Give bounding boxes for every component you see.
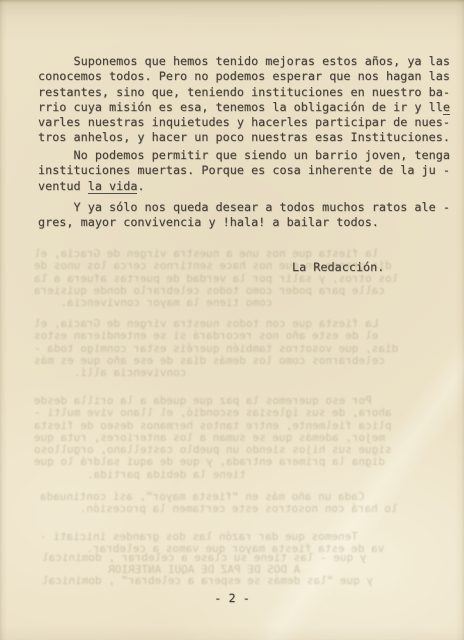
bleedthrough-block-c: Por eso queremos la paz que queda a la o… — [34, 395, 448, 481]
text-line: instituciones muertas. Porque es cosa in… — [38, 163, 450, 178]
document-page: la fiesta que nos une a nuestra virgen d… — [0, 0, 464, 640]
text-line: restantes, sino que, teniendo institucio… — [38, 85, 450, 100]
bleedthrough-block-e: Tenemos que dar razón las dos grandes in… — [40, 531, 444, 556]
text-line: conocemos todos. Pero no podemos esperar… — [38, 69, 450, 84]
paragraph-2: No podemos permitir que siendo un barrio… — [38, 148, 450, 194]
text-line: Suponemos que hemos tenido mejoras estos… — [38, 54, 450, 69]
text-line: ventud la vida. — [38, 179, 450, 194]
text-line: rrio cuya misión es esa, tenemos la obli… — [38, 100, 450, 115]
text-line: Y ya sólo nos queda desear a todos mucho… — [38, 200, 450, 215]
bleedthrough-block-f: y que - las tiene su clase a celebrar , … — [42, 552, 444, 587]
paragraph-1: Suponemos que hemos tenido mejoras estos… — [38, 54, 450, 146]
paragraph-3: Y ya sólo nos queda desear a todos mucho… — [38, 200, 450, 231]
bleedthrough-block-a: la fiesta que nos une a nuestra virgen d… — [34, 248, 446, 309]
page-number: - 2 - — [0, 591, 464, 606]
text-line: varles nuestras inquietudes y hacerles p… — [38, 115, 450, 130]
bleedthrough-block-d: Cada un año más en “fiesta mayor”, así c… — [40, 491, 446, 516]
text-line: tros anhelos, y hacer un poco nuestras e… — [38, 130, 450, 145]
text-line: gres, mayor convivencia y !hala! a baila… — [38, 215, 450, 230]
bleedthrough-block-b: La fiesta que con todos nuestra virgen d… — [34, 318, 446, 379]
signoff: La Redacción. — [292, 260, 384, 275]
text-line: No podemos permitir que siendo un barrio… — [38, 148, 450, 163]
